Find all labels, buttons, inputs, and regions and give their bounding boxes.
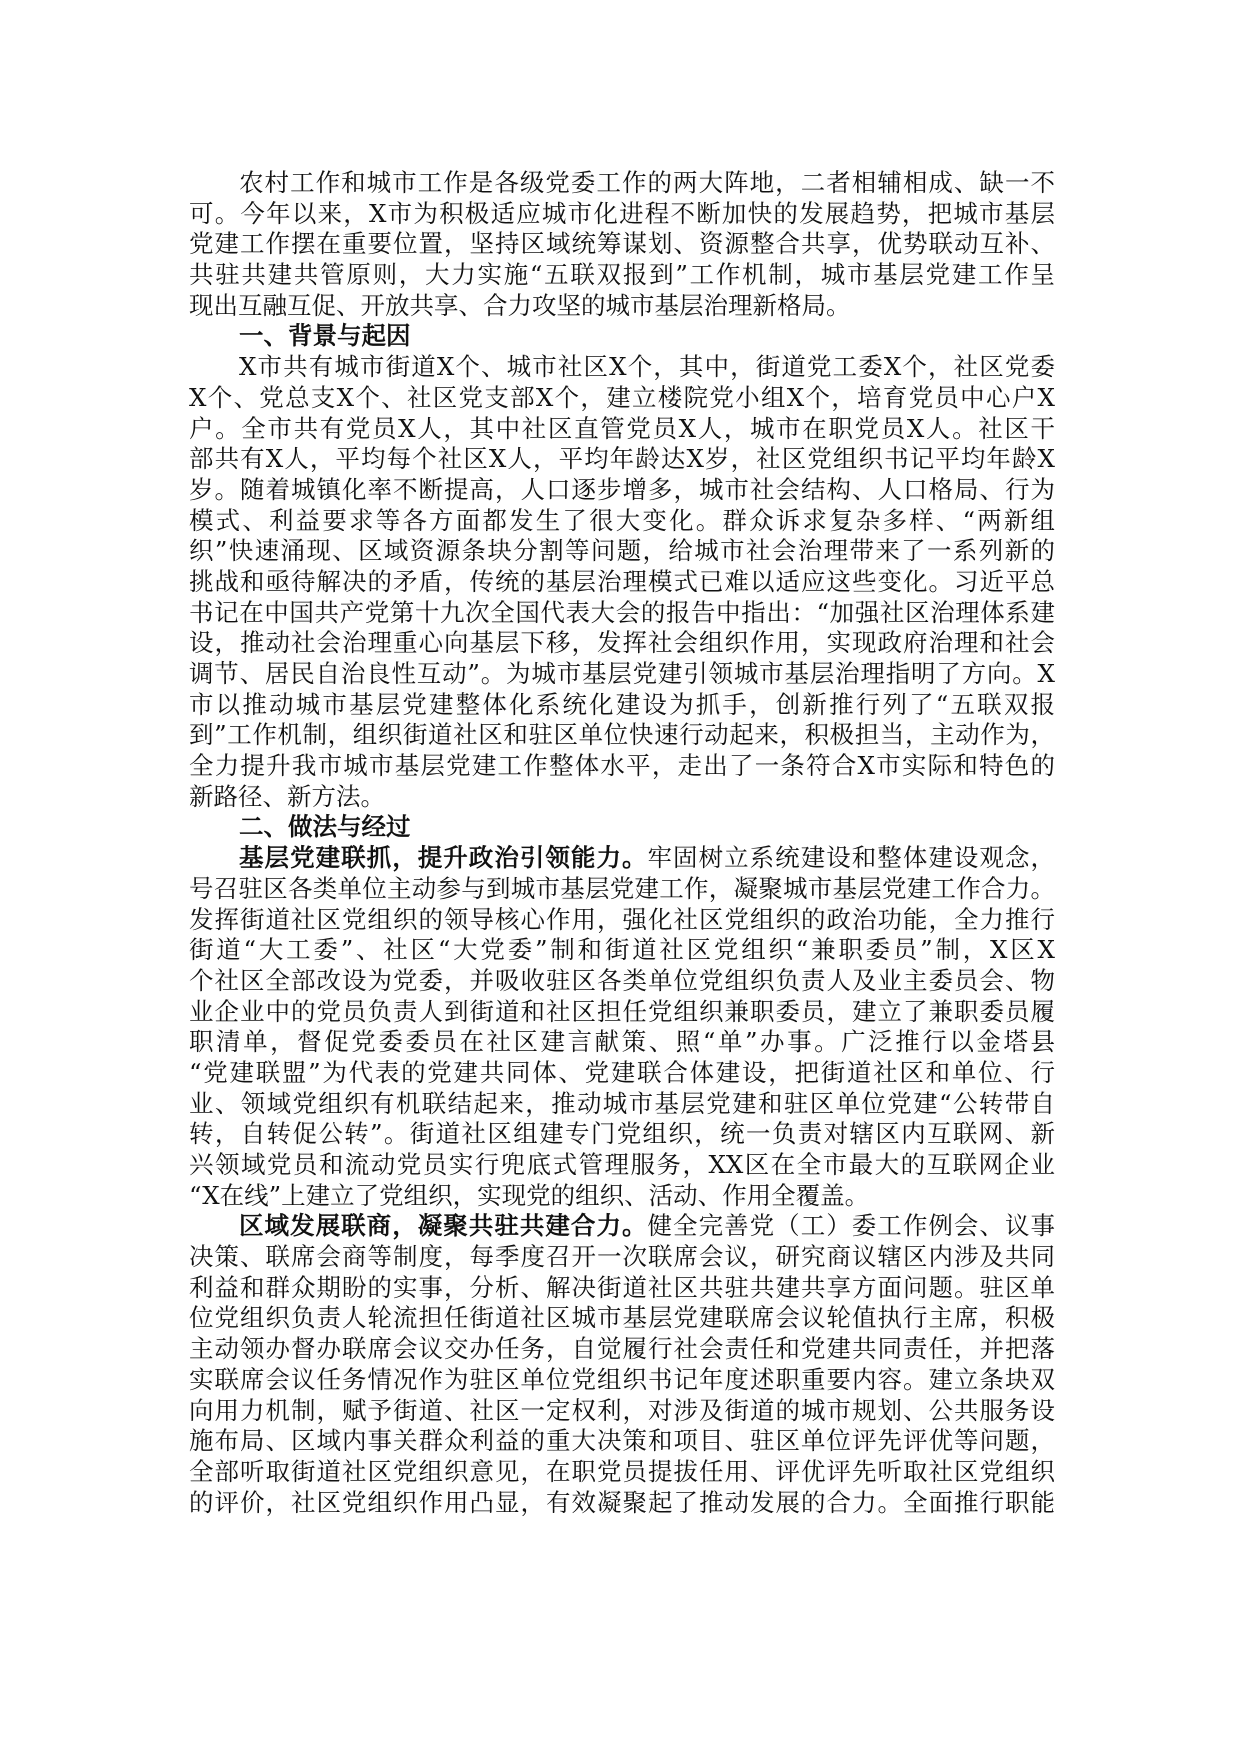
text-line: 书记在中国共产党第十九次全国代表大会的报告中指出：“加强社区治理体系建 xyxy=(189,598,1055,629)
text-line: 决策、联席会商等制度，每季度召开一次联席会议，研究商议辖区内涉及共同 xyxy=(189,1242,1055,1273)
section-heading-practice: 二、做法与经过 xyxy=(189,812,1055,843)
text-line: 业、领域党组织有机联结起来，推动城市基层党建和驻区单位党建“公转带自 xyxy=(189,1089,1055,1120)
section-heading-background: 一、背景与起因 xyxy=(189,321,1055,352)
text-line: 主动领办督办联席会议交办任务，自觉履行社会责任和党建共同责任，并把落 xyxy=(189,1334,1055,1365)
text-line: 市以推动城市基层党建整体化系统化建设为抓手，创新推行列了“五联双报 xyxy=(189,690,1055,721)
text-line: 个社区全部改设为党委，并吸收驻区各类单位党组织负责人及业主委员会、物 xyxy=(189,966,1055,997)
text-line: 全力提升我市城市基层党建工作整体水平，走出了一条符合X市实际和特色的 xyxy=(189,751,1055,782)
text-line: “X在线”上建立了党组织，实现党的组织、活动、作用全覆盖。 xyxy=(189,1181,1055,1212)
practice-paragraph-2: 区域发展联商，凝聚共驻共建合力。健全完善党（工）委工作例会、议事 决策、联席会商… xyxy=(189,1211,1055,1518)
text-line: 位党组织负责人轮流担任街道社区城市基层党建联席会议轮值执行主席，积极 xyxy=(189,1303,1055,1334)
text-line: 利益和群众期盼的实事，分析、解决街道社区共驻共建共享方面问题。驻区单 xyxy=(189,1273,1055,1304)
text-line: 岁。随着城镇化率不断提高，人口逐步增多，城市社会结构、人口格局、行为 xyxy=(189,475,1055,506)
lead-sentence: 区域发展联商，凝聚共驻共建合力。 xyxy=(239,1211,648,1240)
text-line: 发挥街道社区党组织的领导核心作用，强化社区党组织的政治功能，全力推行 xyxy=(189,905,1055,936)
text-line: 兴领域党员和流动党员实行兜底式管理服务，XX区在全市最大的互联网企业 xyxy=(189,1150,1055,1181)
text-line: 业企业中的党员负责人到街道和社区担任党组织兼职委员，建立了兼职委员履 xyxy=(189,997,1055,1028)
text-line: 全部听取街道社区党组织意见，在职党员提拔任用、评优评先听取社区党组织 xyxy=(189,1457,1055,1488)
text-line: 可。今年以来，X市为积极适应城市化进程不断加快的发展趋势，把城市基层 xyxy=(189,199,1055,230)
text-line: 到”工作机制，组织街道社区和驻区单位快速行动起来，积极担当，主动作为， xyxy=(189,720,1055,751)
text-line: 调节、居民自治良性互动”。为城市基层党建引领城市基层治理指明了方向。X xyxy=(189,659,1055,690)
text-line: 施布局、区域内事关群众利益的重大决策和项目、驻区单位评先评优等问题， xyxy=(189,1426,1055,1457)
text-line: 向用力机制，赋予街道、社区一定权利，对涉及街道的城市规划、公共服务设 xyxy=(189,1396,1055,1427)
text-line: 织”快速涌现、区域资源条块分割等问题，给城市社会治理带来了一系列新的 xyxy=(189,536,1055,567)
text-line: 共驻共建共管原则，大力实施“五联双报到”工作机制，城市基层党建工作呈 xyxy=(189,260,1055,291)
text-segment: 牢固树立系统建设和整体建设观念， xyxy=(648,843,1055,872)
text-line: 转，自转促公转”。街道社区组建专门党组织，统一负责对辖区内互联网、新 xyxy=(189,1119,1055,1150)
text-line: 街道“大工委”、社区“大党委”制和街道社区党组织“兼职委员”制，X区X xyxy=(189,935,1055,966)
lead-sentence: 基层党建联抓，提升政治引领能力。 xyxy=(239,843,648,872)
text-line: 新路径、新方法。 xyxy=(189,782,1055,813)
practice-paragraph-1: 基层党建联抓，提升政治引领能力。牢固树立系统建设和整体建设观念， 号召驻区各类单… xyxy=(189,843,1055,1211)
text-line: 户。全市共有党员X人，其中社区直管党员X人，城市在职党员X人。社区干 xyxy=(189,414,1055,445)
text-line: 模式、利益要求等各方面都发生了很大变化。群众诉求复杂多样、“两新组 xyxy=(189,506,1055,537)
text-line: 挑战和亟待解决的矛盾，传统的基层治理模式已难以适应这些变化。习近平总 xyxy=(189,567,1055,598)
text-line: 区域发展联商，凝聚共驻共建合力。健全完善党（工）委工作例会、议事 xyxy=(189,1211,1055,1242)
text-segment: 健全完善党（工）委工作例会、议事 xyxy=(648,1211,1055,1240)
intro-paragraph: 农村工作和城市工作是各级党委工作的两大阵地，二者相辅相成、缺一不 可。今年以来，… xyxy=(189,168,1055,321)
document-page: 农村工作和城市工作是各级党委工作的两大阵地，二者相辅相成、缺一不 可。今年以来，… xyxy=(189,168,1055,1518)
background-paragraph: X市共有城市街道X个、城市社区X个，其中，街道党工委X个，社区党委 X个、党总支… xyxy=(189,352,1055,812)
text-line: X市共有城市街道X个、城市社区X个，其中，街道党工委X个，社区党委 xyxy=(189,352,1055,383)
text-line: 党建工作摆在重要位置，坚持区域统筹谋划、资源整合共享，优势联动互补、 xyxy=(189,229,1055,260)
text-line: 的评价，社区党组织作用凸显，有效凝聚起了推动发展的合力。全面推行职能 xyxy=(189,1488,1055,1519)
text-line: 现出互融互促、开放共享、合力攻坚的城市基层治理新格局。 xyxy=(189,291,1055,322)
text-line: 部共有X人，平均每个社区X人，平均年龄达X岁，社区党组织书记平均年龄X xyxy=(189,444,1055,475)
text-line: “党建联盟”为代表的党建共同体、党建联合体建设，把街道社区和单位、行 xyxy=(189,1058,1055,1089)
text-line: 设，推动社会治理重心向基层下移，发挥社会组织作用，实现政府治理和社会 xyxy=(189,628,1055,659)
text-line: X个、党总支X个、社区党支部X个，建立楼院党小组X个，培育党员中心户X xyxy=(189,383,1055,414)
text-line: 实联席会议任务情况作为驻区单位党组织书记年度述职重要内容。建立条块双 xyxy=(189,1365,1055,1396)
text-line: 号召驻区各类单位主动参与到城市基层党建工作，凝聚城市基层党建工作合力。 xyxy=(189,874,1055,905)
text-line: 基层党建联抓，提升政治引领能力。牢固树立系统建设和整体建设观念， xyxy=(189,843,1055,874)
text-line: 职清单，督促党委委员在社区建言献策、照“单”办事。广泛推行以金塔县 xyxy=(189,1027,1055,1058)
text-line: 农村工作和城市工作是各级党委工作的两大阵地，二者相辅相成、缺一不 xyxy=(189,168,1055,199)
